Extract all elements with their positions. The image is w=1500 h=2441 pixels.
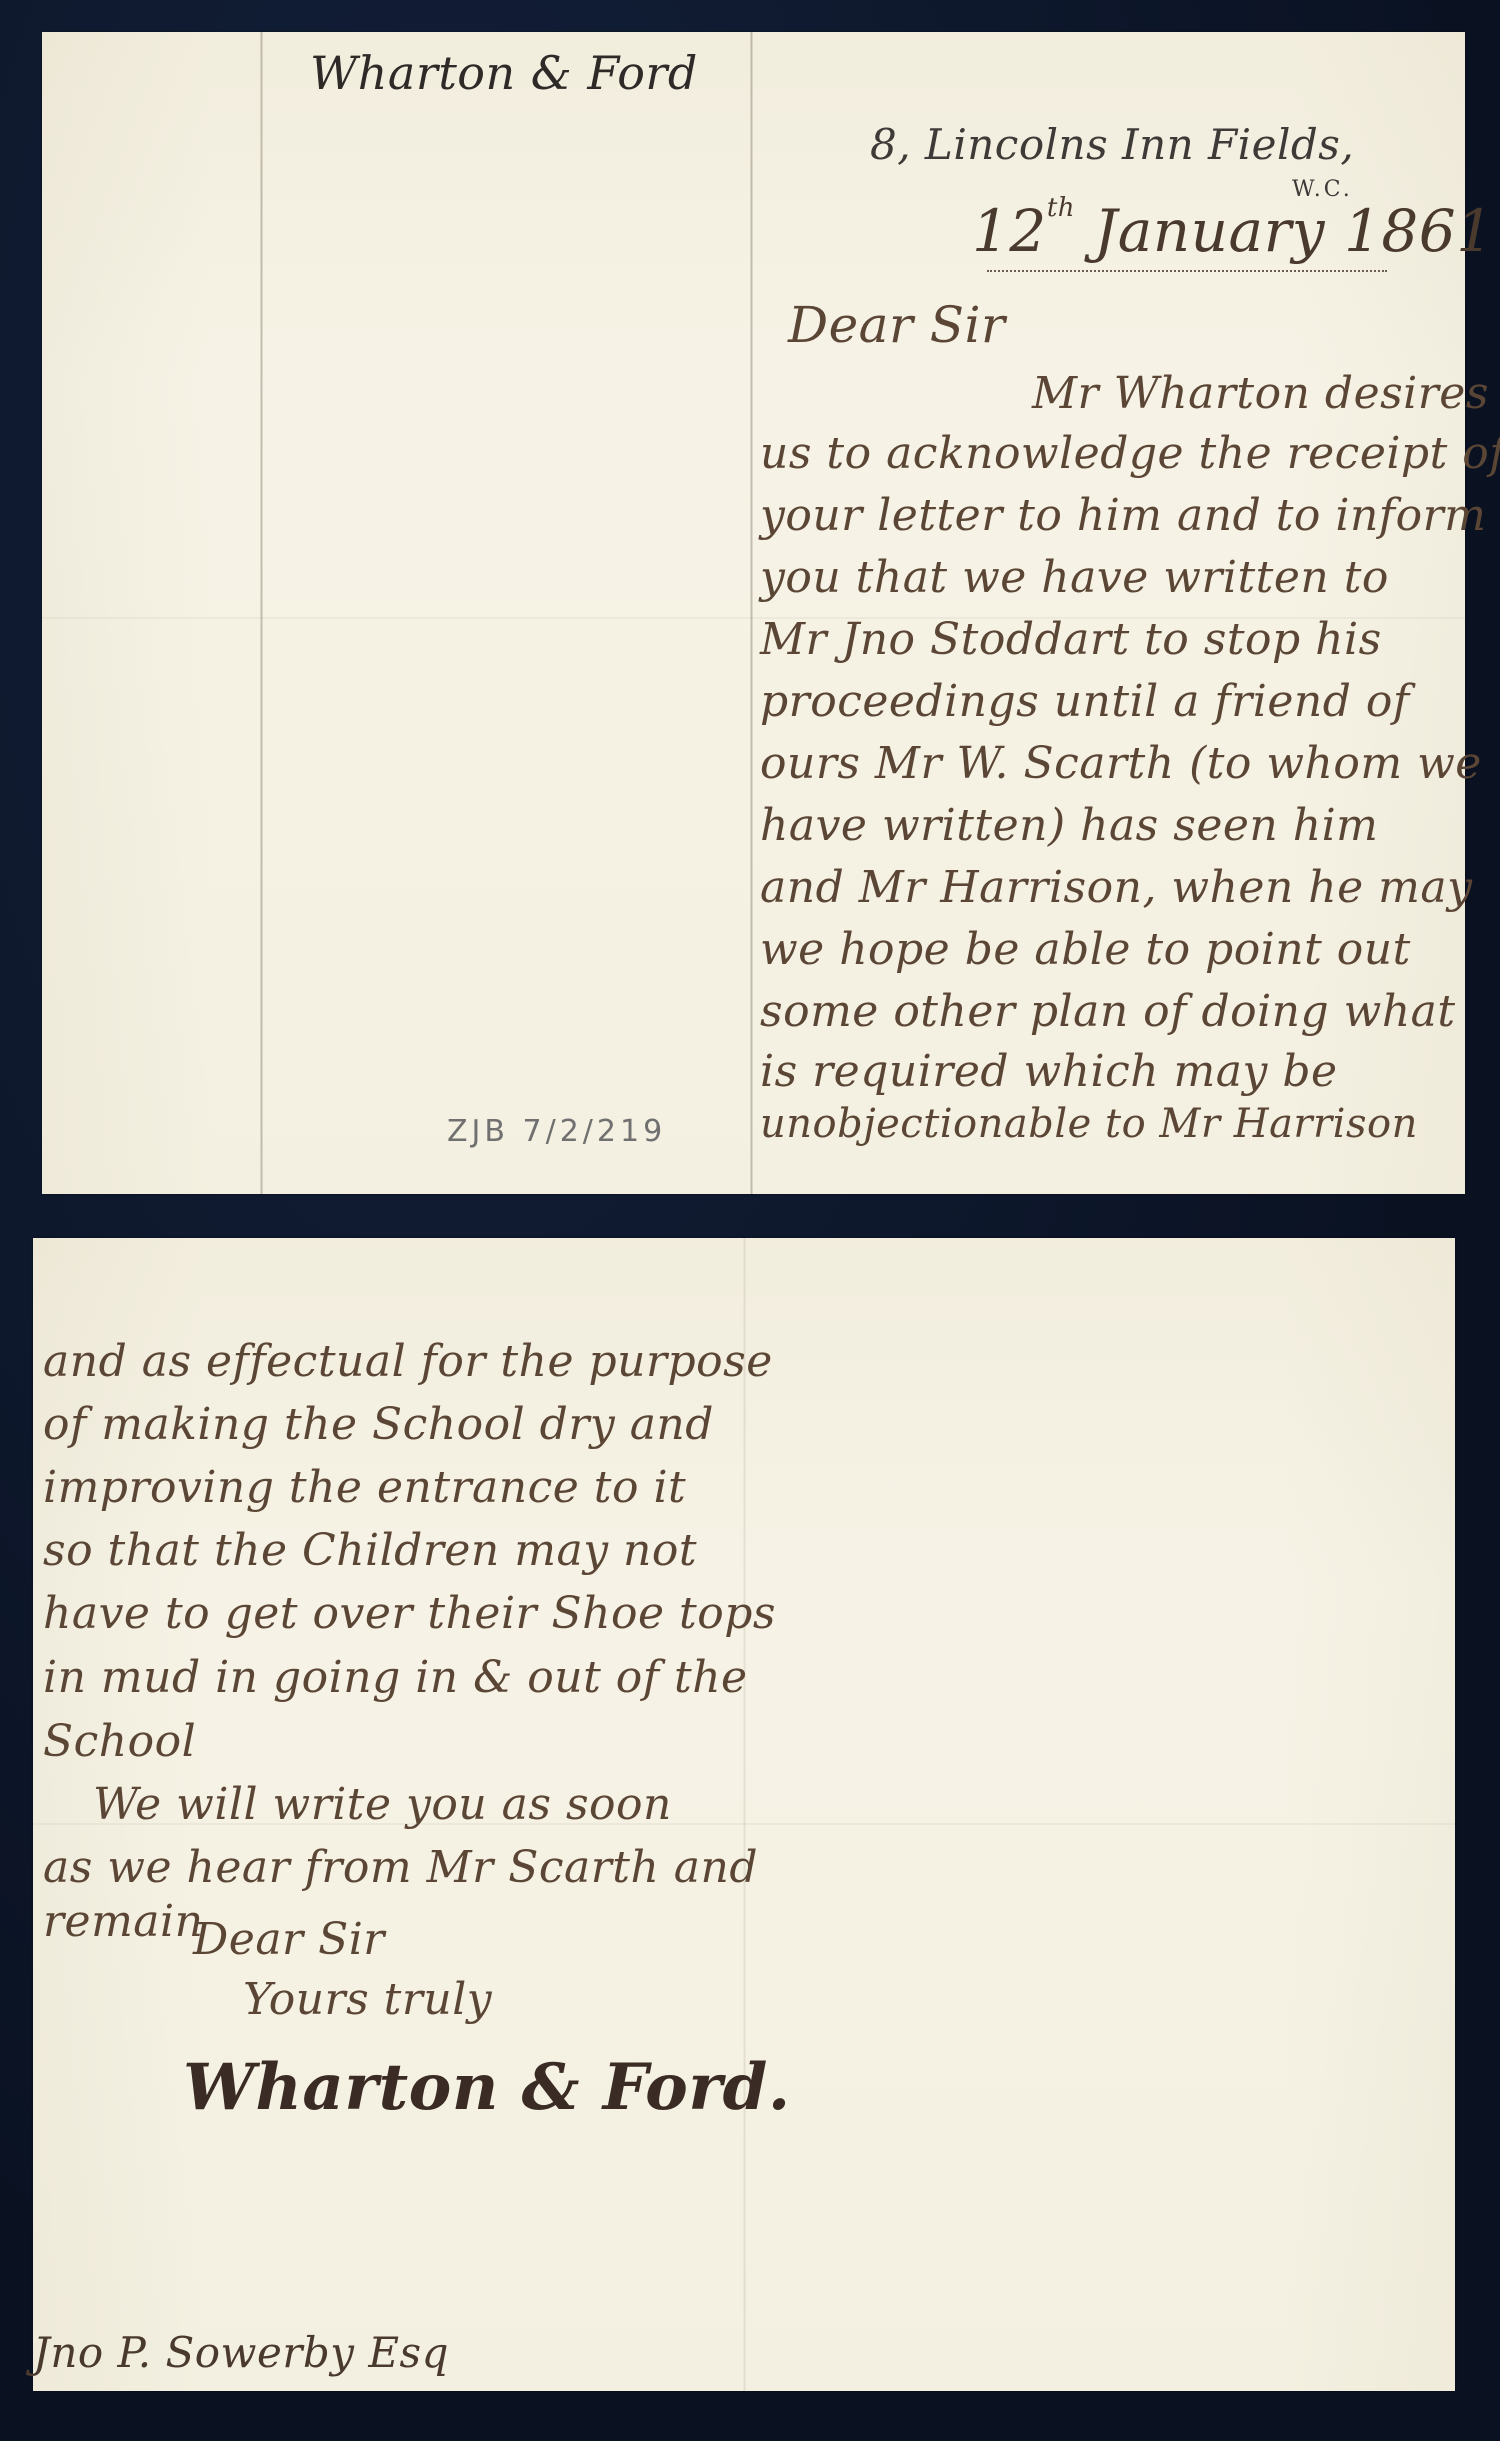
body-line: some other plan of doing what: [760, 990, 1456, 1034]
letter-date: 12th January 1861: [972, 197, 1494, 265]
body-line: remain: [43, 1900, 203, 1944]
date-day: 12: [972, 197, 1047, 265]
closing-valediction: Yours truly: [243, 1978, 492, 2022]
body-line: of making the School dry and: [43, 1403, 714, 1447]
closing-salutation: Dear Sir: [193, 1918, 385, 1962]
letter-sheet-page-2: and as effectual for the purpose of maki…: [33, 1238, 1455, 2391]
addressee: Jno P. Sowerby Esq: [33, 2328, 449, 2377]
date-month-year: January 1861: [1094, 197, 1494, 265]
body-line: and Mr Harrison, when he may: [760, 866, 1472, 910]
body-line: have to get over their Shoe tops: [43, 1592, 776, 1636]
letterhead-address: 8, Lincolns Inn Fields,: [870, 120, 1354, 169]
docket-endorsement: Wharton & Ford: [310, 46, 698, 100]
body-line: as we hear from Mr Scarth and: [43, 1846, 758, 1890]
body-line: so that the Children may not: [43, 1529, 697, 1573]
body-line: you that we have written to: [760, 556, 1389, 600]
archive-reference: ZJB 7/2/219: [447, 1114, 666, 1149]
fold-line-left: [260, 32, 263, 1194]
body-line: Mr Jno Stoddart to stop his: [760, 618, 1382, 662]
body-line: is required which may be: [760, 1050, 1338, 1094]
letter-sheet-page-1: Wharton & Ford 8, Lincolns Inn Fields, W…: [42, 32, 1465, 1194]
body-line: proceedings until a friend of: [760, 680, 1410, 724]
fold-line-center: [750, 32, 753, 1194]
body-line: your letter to him and to inform: [760, 494, 1486, 538]
fold-line-center: [743, 1238, 746, 2391]
signature: Wharton & Ford.: [183, 2050, 791, 2125]
body-line: we hope be able to point out: [760, 928, 1411, 972]
body-line: ours Mr W. Scarth (to whom we: [760, 742, 1482, 786]
date-underline: [987, 270, 1387, 272]
body-line: have written) has seen him: [760, 804, 1378, 848]
body-line: We will write you as soon: [93, 1783, 672, 1827]
body-line: Mr Wharton desires: [1032, 372, 1489, 416]
body-line: in mud in going in & out of the: [43, 1656, 748, 1700]
date-suffix: th: [1047, 193, 1075, 223]
body-line: us to acknowledge the receipt of: [760, 432, 1500, 476]
body-line: improving the entrance to it: [43, 1466, 686, 1510]
salutation: Dear Sir: [788, 300, 1005, 350]
body-line: School: [43, 1720, 196, 1764]
body-line: unobjectionable to Mr Harrison: [760, 1104, 1418, 1144]
body-line: and as effectual for the purpose: [43, 1340, 773, 1384]
